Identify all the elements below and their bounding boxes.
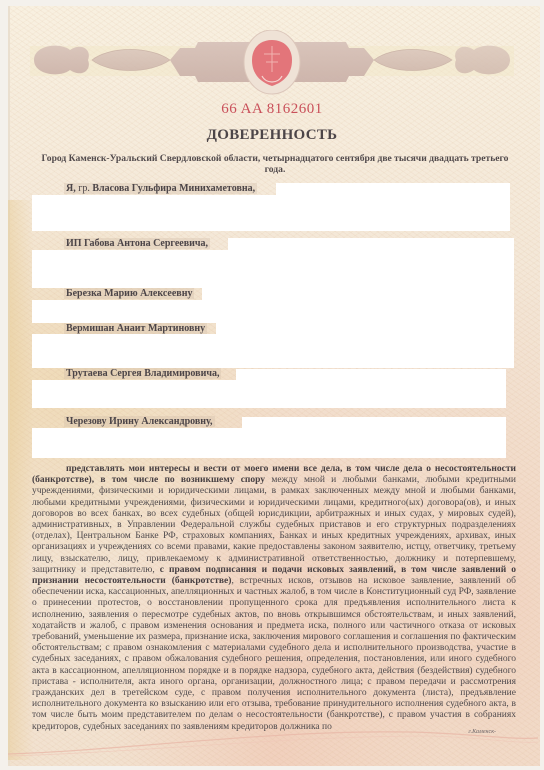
- footer-mark: г.Каменск-: [468, 729, 496, 735]
- paper-stain: [8, 200, 34, 760]
- guilloche-header-band: [30, 30, 514, 100]
- place-and-date: Город Каменск-Уральский Свердловской обл…: [40, 153, 510, 175]
- body-text-1: между мной и любыми банками, любыми кред…: [32, 475, 516, 575]
- redaction-box: [32, 250, 514, 288]
- principal-prefix-normal: гр.: [78, 183, 90, 194]
- redaction-box: [32, 334, 514, 368]
- representative-4: Трутаева Сергея Владимировича,: [64, 368, 221, 379]
- document-title: ДОВЕРЕННОСТЬ: [0, 127, 544, 144]
- representative-2: Березка Марию Алексеевну: [64, 288, 194, 299]
- emblem-icon: [30, 30, 514, 100]
- representative-3: Вермишан Анаит Мартиновну: [64, 323, 207, 334]
- serial-number: 66 AA 8162601: [0, 101, 544, 118]
- redaction-box: [276, 183, 510, 231]
- decorative-wave: [8, 720, 538, 760]
- redaction-box: [32, 428, 506, 458]
- principal-line: Я, гр. Власова Гульфира Минихаметовна,: [64, 183, 257, 194]
- principal-prefix: Я,: [66, 183, 76, 194]
- principal-name: Власова Гульфира Минихаметовна,: [92, 183, 255, 194]
- power-of-attorney-body: представлять мои интересы и вести от мое…: [32, 464, 516, 733]
- representative-5: Черезову Ирину Александровну,: [64, 416, 215, 427]
- representative-1: ИП Габова Антона Сергеевича,: [64, 238, 210, 249]
- body-text-2: , встречных исков, отзывов на исковое за…: [32, 576, 516, 732]
- redaction-box: [32, 195, 276, 231]
- redaction-box: [32, 380, 506, 408]
- redaction-box: [32, 300, 514, 323]
